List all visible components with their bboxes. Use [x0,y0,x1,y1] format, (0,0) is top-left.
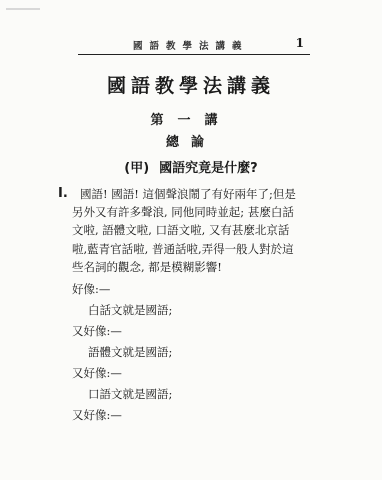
subsection-heading: (甲)國語究竟是什麼? [0,157,382,176]
example-line: 白話文就是國語; [88,302,172,318]
paragraph-number: I. [58,185,68,203]
book-title: 國語教學法講義 [0,71,382,98]
example-line: 又好像:— [72,407,122,423]
scan-artifact [6,8,40,10]
paragraph-line: 國語! 國語! 這個聲浪鬧了有好兩年了;但是 [58,185,338,203]
example-line: 又好像:— [72,323,122,339]
example-line: 又好像:— [72,365,122,381]
paragraph-line: 文啦, 語體文啦, 口語文啦, 又有甚麼北京話 [58,221,338,239]
paragraph-line: 另外又有許多聲浪, 同他同時並起; 甚麼白話 [58,203,338,221]
example-line: 語體文就是國語; [88,344,172,360]
paragraph-line: 啦,藍青官話啦, 普通話啦,弄得一般人對於這 [58,240,338,258]
subsection-title: 國語究竟是什麼? [159,161,258,176]
page-number: 1 [296,36,304,50]
running-header: 國語教學法講義 1 [78,38,310,55]
subsection-marker: (甲) [124,161,149,176]
section-heading: 總論 [0,131,382,150]
example-line: 好像:— [72,281,110,297]
chapter-heading: 第一講 [0,109,382,128]
example-line: 口語文就是國語; [88,386,172,402]
paragraph-line: 些名詞的觀念, 都是模糊影響! [58,258,338,276]
paragraph-1: I. 國語! 國語! 這個聲浪鬧了有好兩年了;但是 另外又有許多聲浪, 同他同時… [58,185,338,276]
running-title: 國語教學法講義 [133,38,249,52]
